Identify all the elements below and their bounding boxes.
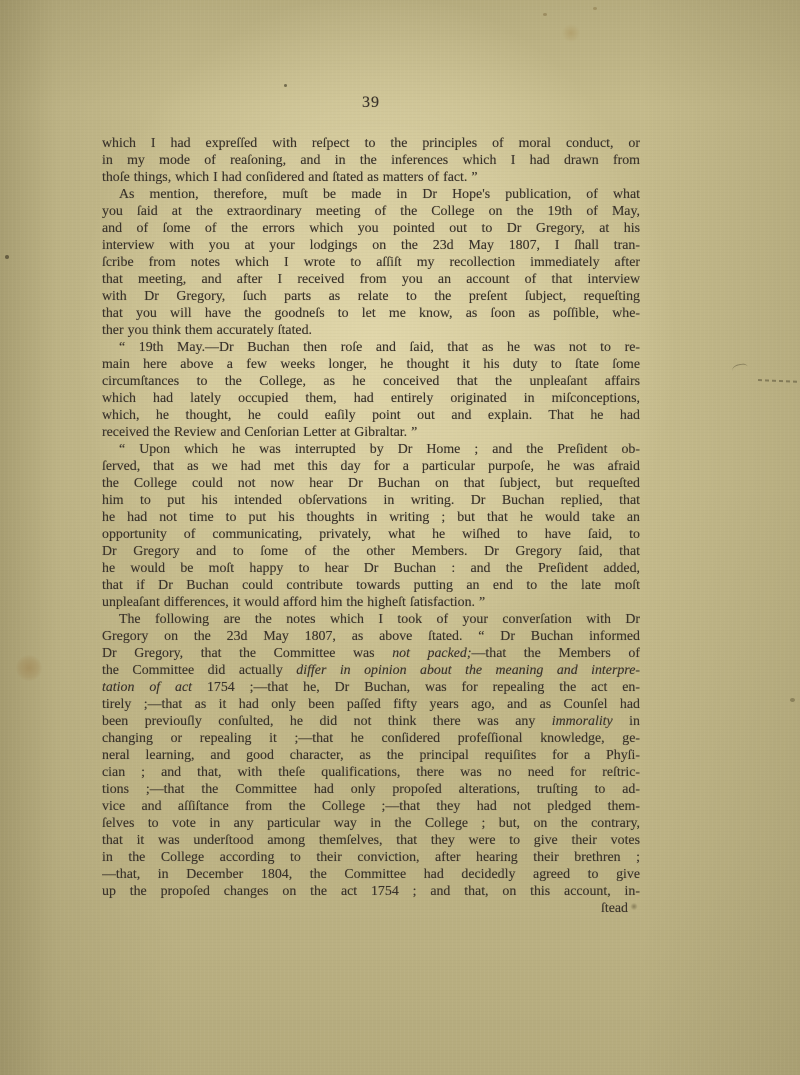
text-segment: changing or repealing it ;—that he conſi… <box>102 731 640 746</box>
text-segment: “ Upon which he was interrupted by Dr Ho… <box>119 442 640 457</box>
text-segment: “ 19th May.—Dr Buchan then roſe and ſaid… <box>119 340 640 355</box>
text-segment: interview with you at your lodgings on t… <box>102 238 640 253</box>
text-line: that you will have the goodneſs to let m… <box>102 305 640 322</box>
text-segment: thoſe things, which I had conſidered and… <box>102 170 478 185</box>
text-segment: he would be moſt happy to hear Dr Buchan… <box>102 561 640 576</box>
text-segment: ſerved, that as we had met this day for … <box>102 459 640 474</box>
text-segment: which I had expreſſed with reſpect to th… <box>102 136 640 151</box>
text-line: The following are the notes which I took… <box>102 611 640 628</box>
text-line: —that, in December 1804, the Committee h… <box>102 866 640 883</box>
text-segment: —that the Members of <box>472 646 641 661</box>
text-segment: in <box>613 714 640 729</box>
text-line: with Dr Gregory, ſuch parts as relate to… <box>102 288 640 305</box>
text-segment: ſelves to vote in any particular way in … <box>102 816 640 831</box>
text-segment: which had lately occupied them, had enti… <box>102 391 640 406</box>
italic-text: differ in opinion about the meaning and … <box>296 663 640 678</box>
text-line: received the Review and Cenſorian Letter… <box>102 424 640 441</box>
text-segment: received the Review and Cenſorian Letter… <box>102 425 417 440</box>
text-segment: Dr Gregory and to ſome of the other Memb… <box>102 544 640 559</box>
text-line: main here above a few weeks longer, he t… <box>102 356 640 373</box>
text-line: up the propoſed changes on the act 1754 … <box>102 883 640 900</box>
text-line: circumſtances to the College, as he conc… <box>102 373 640 390</box>
text-segment: circumſtances to the College, as he conc… <box>102 374 640 389</box>
text-segment: him to put his intended obſervations in … <box>102 493 640 508</box>
text-segment: Dr Gregory, that the Committee was <box>102 646 392 661</box>
text-line: tions ;—that the Committee had only prop… <box>102 781 640 798</box>
text-line: tation of act 1754 ;—that he, Dr Buchan,… <box>102 679 640 696</box>
text-line: changing or repealing it ;—that he conſi… <box>102 730 640 747</box>
text-line: ſerved, that as we had met this day for … <box>102 458 640 475</box>
catchword: ſtead <box>102 900 640 917</box>
text-line: vice and aſſiſtance from the College ;—t… <box>102 798 640 815</box>
text-line: you ſaid at the extraordinary meeting of… <box>102 203 640 220</box>
italic-text: not packed; <box>392 646 471 661</box>
text-segment: The following are the notes which I took… <box>119 612 640 627</box>
text-line: Dr Gregory, that the Committee was not p… <box>102 645 640 662</box>
page-number: 39 <box>102 94 640 112</box>
text-line: ſcribe from notes which I wrote to aſſiſ… <box>102 254 640 271</box>
page-text: which I had expreſſed with reſpect to th… <box>102 135 640 917</box>
ink-speck <box>284 84 287 87</box>
text-line: “ 19th May.—Dr Buchan then roſe and ſaid… <box>102 339 640 356</box>
text-segment: cian ; and that, with theſe qualificatio… <box>102 765 640 780</box>
text-line: ther you think them accurately ſtated. <box>102 322 640 339</box>
text-line: “ Upon which he was interrupted by Dr Ho… <box>102 441 640 458</box>
text-line: thoſe things, which I had conſidered and… <box>102 169 640 186</box>
text-line: Gregory on the 23d May 1807, as above ſt… <box>102 628 640 645</box>
italic-text: immorality <box>552 714 613 729</box>
text-line: which, he thought, he could eaſily point… <box>102 407 640 424</box>
text-segment: opportunity of communicating, privately,… <box>102 527 640 542</box>
text-segment: he had not time to put his thoughts in w… <box>102 510 640 525</box>
text-segment: main here above a few weeks longer, he t… <box>102 357 640 372</box>
ink-speck <box>5 255 9 259</box>
scanned-book-page: { "document": { "page_number": "39", "ca… <box>0 0 800 1075</box>
text-line: tirely ;—that as it had only been paſſed… <box>102 696 640 713</box>
text-line: in the College according to their convic… <box>102 849 640 866</box>
text-line: he had not time to put his thoughts in w… <box>102 509 640 526</box>
text-line: Dr Gregory and to ſome of the other Memb… <box>102 543 640 560</box>
text-segment: tirely ;—that as it had only been paſſed… <box>102 697 640 712</box>
text-segment: tions ;—that the Committee had only prop… <box>102 782 640 797</box>
text-segment: Gregory on the 23d May 1807, as above ſt… <box>102 629 640 644</box>
text-line: that if Dr Buchan could contribute towar… <box>102 577 640 594</box>
text-line: cian ; and that, with theſe qualificatio… <box>102 764 640 781</box>
text-segment: and of ſome of the errors which you poin… <box>102 221 640 236</box>
text-line: and of ſome of the errors which you poin… <box>102 220 640 237</box>
text-segment: the College could not now hear Dr Buchan… <box>102 476 640 491</box>
text-line: neral learning, and good character, as t… <box>102 747 640 764</box>
text-segment: that it was underſtood among themſelves,… <box>102 833 640 848</box>
text-segment: that meeting, and after I received from … <box>102 272 640 287</box>
margin-pencil-mark <box>731 363 748 376</box>
text-line: the Committee did actually differ in opi… <box>102 662 640 679</box>
text-segment: which, he thought, he could eaſily point… <box>102 408 640 423</box>
text-line: he would be moſt happy to hear Dr Buchan… <box>102 560 640 577</box>
text-segment: up the propoſed changes on the act 1754 … <box>102 884 640 899</box>
text-line: in my mode of reaſoning, and in the infe… <box>102 152 640 169</box>
text-segment: —that, in December 1804, the Committee h… <box>102 867 640 882</box>
text-line: him to put his intended obſervations in … <box>102 492 640 509</box>
text-segment: 1754 ;—that he, Dr Buchan, was for repea… <box>192 680 640 695</box>
text-segment: unpleaſant differences, it would afford … <box>102 595 485 610</box>
text-segment: that you will have the goodneſs to let m… <box>102 306 640 321</box>
text-line: that it was underſtood among themſelves,… <box>102 832 640 849</box>
text-segment: in my mode of reaſoning, and in the infe… <box>102 153 640 168</box>
text-line: interview with you at your lodgings on t… <box>102 237 640 254</box>
paper-stain <box>562 24 580 42</box>
ink-speck <box>790 698 795 702</box>
text-line: opportunity of communicating, privately,… <box>102 526 640 543</box>
text-line: ſelves to vote in any particular way in … <box>102 815 640 832</box>
paper-stain <box>16 655 42 681</box>
text-segment: ſcribe from notes which I wrote to aſſiſ… <box>102 255 640 270</box>
paragraph: The following are the notes which I took… <box>102 611 640 900</box>
text-segment: with Dr Gregory, ſuch parts as relate to… <box>102 289 640 304</box>
text-line: unpleaſant differences, it would afford … <box>102 594 640 611</box>
text-line: which I had expreſſed with reſpect to th… <box>102 135 640 152</box>
text-line: which had lately occupied them, had enti… <box>102 390 640 407</box>
paragraph: “ 19th May.—Dr Buchan then roſe and ſaid… <box>102 339 640 441</box>
paper-speck <box>593 7 597 10</box>
paragraph: which I had expreſſed with reſpect to th… <box>102 135 640 186</box>
text-segment: As mention, therefore, muſt be made in D… <box>119 187 640 202</box>
paper-speck <box>543 13 547 16</box>
paragraph: As mention, therefore, muſt be made in D… <box>102 186 640 339</box>
margin-pencil-mark <box>758 379 800 383</box>
text-segment: you ſaid at the extraordinary meeting of… <box>102 204 640 219</box>
text-line: been previouſly conſulted, he did not th… <box>102 713 640 730</box>
italic-text: tation of act <box>102 680 192 695</box>
text-line: that meeting, and after I received from … <box>102 271 640 288</box>
text-segment: that if Dr Buchan could contribute towar… <box>102 578 640 593</box>
text-segment: ther you think them accurately ſtated. <box>102 323 312 338</box>
text-segment: vice and aſſiſtance from the College ;—t… <box>102 799 640 814</box>
text-segment: in the College according to their convic… <box>102 850 640 865</box>
text-segment: neral learning, and good character, as t… <box>102 748 640 763</box>
paragraph: “ Upon which he was interrupted by Dr Ho… <box>102 441 640 611</box>
text-segment: been previouſly conſulted, he did not th… <box>102 714 552 729</box>
text-segment: the Committee did actually <box>102 663 296 678</box>
text-line: the College could not now hear Dr Buchan… <box>102 475 640 492</box>
text-line: As mention, therefore, muſt be made in D… <box>102 186 640 203</box>
